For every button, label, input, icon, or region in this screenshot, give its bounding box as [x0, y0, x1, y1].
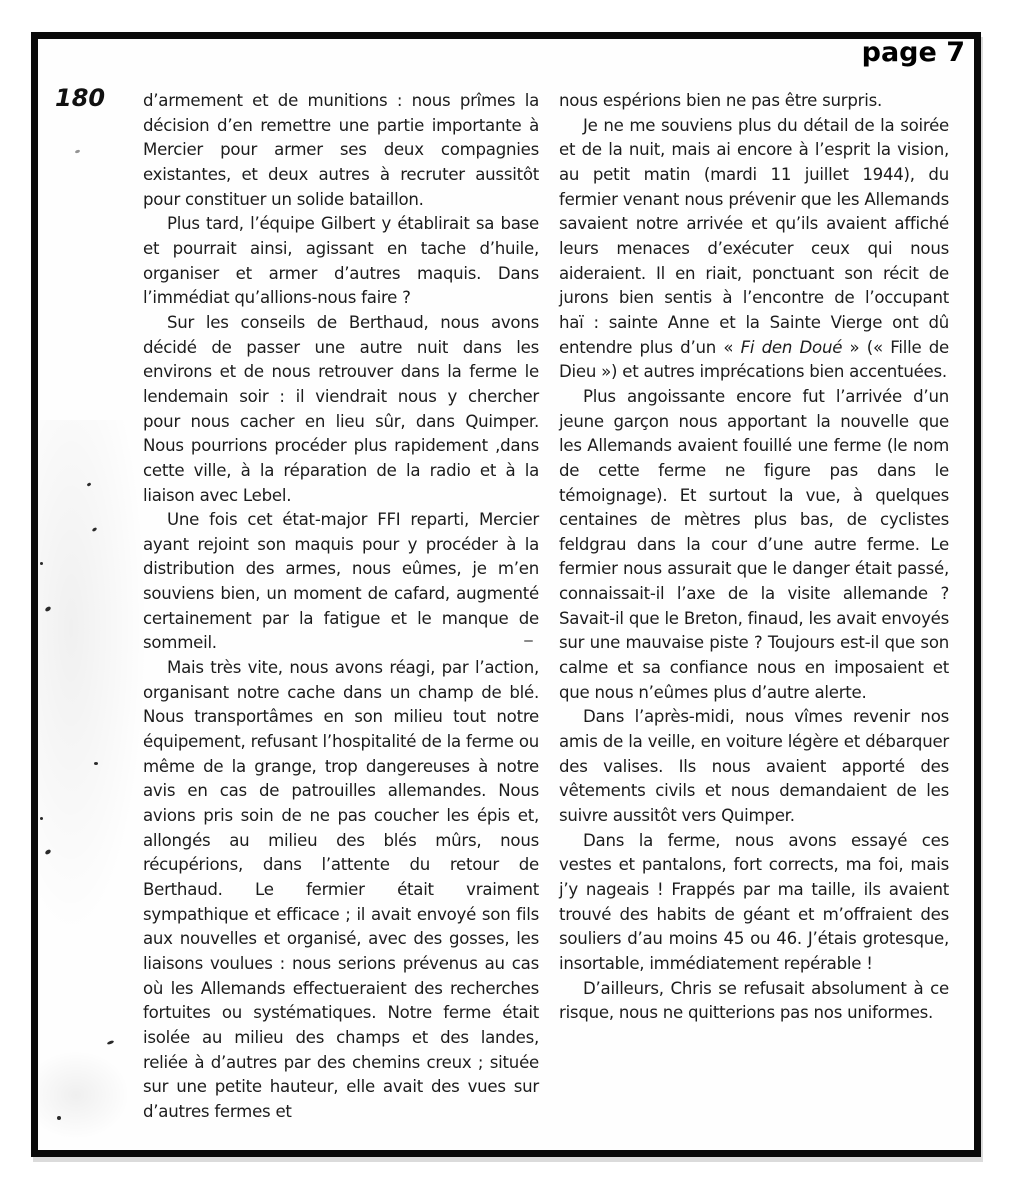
paragraph: Mais très vite, nous avons réagi, par l’… — [143, 656, 539, 1124]
text-column-left: d’armement et de munitions : nous prîmes… — [143, 89, 539, 1125]
paragraph-text: Je ne me souviens plus du détail de la s… — [559, 116, 949, 357]
paragraph: Plus tard, l’équipe Gilbert y établirait… — [143, 212, 539, 311]
paragraph: nous espérions bien ne pas être surpris. — [559, 89, 949, 114]
paragraph: D’ailleurs, Chris se refusait absolument… — [559, 977, 949, 1026]
breton-phrase-italic: Fi den Doué — [741, 338, 843, 357]
paragraph: Je ne me souviens plus du détail de la s… — [559, 114, 949, 385]
margin-page-number: 180 — [55, 84, 105, 112]
scanned-book-page: page 7 180 d’armement et de munitions : … — [0, 0, 1010, 1200]
paragraph: Dans la ferme, nous avons essayé ces ves… — [559, 829, 949, 977]
page-header-label: page 7 — [862, 37, 965, 68]
paragraph: Dans l’après-midi, nous vîmes revenir no… — [559, 705, 949, 828]
paragraph: d’armement et de munitions : nous prîmes… — [143, 89, 539, 212]
paragraph: Sur les conseils de Berthaud, nous avons… — [143, 311, 539, 508]
paragraph: Plus angoissante encore fut l’arrivée d’… — [559, 385, 949, 706]
text-column-right: nous espérions bien ne pas être surpris.… — [559, 89, 949, 1026]
paragraph: Une fois cet état-major FFI reparti, Mer… — [143, 508, 539, 656]
